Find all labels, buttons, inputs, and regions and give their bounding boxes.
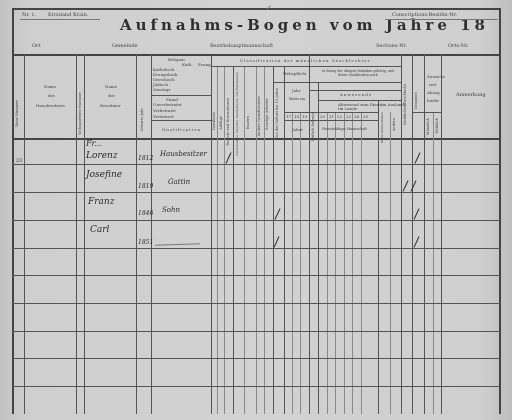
class-sub-8 <box>284 66 285 414</box>
frame-right <box>499 8 501 414</box>
header-house-number: Haus-Nummer <box>15 100 19 127</box>
frame-left <box>12 8 14 414</box>
row-3-female-mark <box>414 208 420 219</box>
header-maennlich: Männlich <box>426 118 430 135</box>
col-line-resident <box>136 54 137 414</box>
row-1-class-mark <box>226 152 232 163</box>
header-weiblich: Weiblich <box>435 118 439 134</box>
row-3-resident-name: Franz <box>88 197 114 207</box>
province-label: Kronland Krain. <box>48 12 88 18</box>
year-col: 24 <box>354 114 359 119</box>
field-orts-nr: Orts-Nr. <box>448 43 469 49</box>
year-sub-4 <box>352 112 353 414</box>
row-divider <box>12 164 500 165</box>
classification-col: Andere Grundbesitzer <box>257 96 261 136</box>
header-fremde: Weibliches Geschlecht <box>403 84 407 125</box>
row-1-house-number: 23 <box>16 158 22 164</box>
row-divider <box>12 358 500 359</box>
classification-col: Geistliche <box>212 112 216 130</box>
summary-line <box>412 112 441 113</box>
classification-title: Classification der männlichen Geschlecht… <box>240 58 370 63</box>
class-sub-2 <box>224 66 225 414</box>
district-underline <box>385 19 498 20</box>
absent-title: In Bezug der übrigen Rubriken gehörig, u… <box>318 69 398 77</box>
header-military: Wehrpflicht <box>283 71 307 76</box>
year-col: 25 <box>363 114 368 119</box>
header-name-1: Name <box>44 84 56 89</box>
anwesende-line <box>309 90 401 91</box>
classification-col: Gewerbsleute, Künstler, Handelsleute und… <box>235 72 239 156</box>
religion-divider <box>151 95 211 96</box>
religion-kath: Kath. <box>182 62 193 67</box>
row-3-birth-year: 1846 <box>138 210 153 217</box>
row-divider <box>12 331 500 332</box>
row-divider <box>12 275 500 276</box>
status-item: Unverheiratet <box>153 102 182 107</box>
header-qualification: Qualification <box>162 127 201 132</box>
summary-title: Zuwachs <box>427 74 445 79</box>
header-apartment-number: Wohnparteien-Nummer <box>78 92 82 135</box>
religion-item: Sonstige <box>153 87 171 92</box>
classification-col: Von der Geburt bis 16 Jahre <box>275 88 279 139</box>
province-underline <box>20 19 100 20</box>
age-sub-2 <box>300 112 301 414</box>
status-item: Verheiratet <box>153 108 176 113</box>
row-4-under16-mark <box>274 236 280 247</box>
status-divider <box>151 120 211 121</box>
classification-title-underline <box>211 66 401 67</box>
class-sub-7 <box>273 66 274 414</box>
col-line-house <box>24 54 25 414</box>
conscription-district-label: Conscriptions-Bezirks-Nr. <box>392 12 457 18</box>
classification-col: Bauern <box>246 116 250 129</box>
header-andere: Andere <box>392 118 396 131</box>
row-2-birth-year: 1819 <box>138 183 153 190</box>
row-3-qualification: Sohn <box>162 206 180 214</box>
status-item: Verwitwet <box>153 114 174 119</box>
col-line-summary <box>441 54 442 414</box>
year-sub-5 <box>361 112 362 414</box>
year-col: 20 <box>320 114 325 119</box>
year-sub-3 <box>344 112 345 414</box>
row-4-resident-name: Carl <box>90 225 109 235</box>
col-line-apt <box>84 54 85 414</box>
header-anwesende: Anwesende <box>340 92 372 97</box>
form-number: Nr. 1. <box>22 12 36 18</box>
age-col: 19 <box>302 114 307 119</box>
header-resident-3: Bewohner <box>100 103 121 108</box>
age-sub-1 <box>292 112 293 414</box>
class-sub-1 <box>217 66 218 414</box>
class-sub-12 <box>390 112 391 414</box>
year-sub-1 <box>327 112 328 414</box>
year-col: 22 <box>337 114 342 119</box>
row-divider <box>12 386 500 387</box>
row-2-resident-name: Josefine <box>86 170 122 180</box>
year-col: 21 <box>329 114 334 119</box>
row-divider <box>12 303 500 304</box>
row-divider <box>12 192 500 193</box>
header-jahr: Jahr <box>292 88 300 93</box>
handwritten-checkmark: ✓ <box>265 4 273 14</box>
col-line-qualification <box>211 54 212 414</box>
row-2-qualification: Gattin <box>168 178 190 186</box>
year-col: 23 <box>346 114 351 119</box>
year-sub-2 <box>335 112 336 414</box>
census-form-sheet: Nr. 1. Kronland Krain. Aufnahms-Bogen vo… <box>0 0 512 420</box>
frame-top <box>12 8 500 10</box>
header-birth-year: Geburts-Jahr <box>140 108 144 131</box>
header-divider <box>12 54 500 56</box>
col-line-year <box>151 54 152 414</box>
classification-col: Adelige <box>219 116 223 130</box>
col-line-head <box>76 54 77 414</box>
row-3-under16-mark <box>275 208 281 219</box>
header-jahre: Jahre <box>292 127 303 132</box>
classification-col: Sonstige Arbeiter <box>265 98 269 130</box>
header-born-in: Born im <box>289 96 305 101</box>
field-bezirkshauptmannschaft: Bezirkshauptmannschaft <box>210 43 273 49</box>
row-4-birth-year: 1851 <box>138 239 153 246</box>
header-im-lande: Im Lande <box>338 106 357 111</box>
field-sections-nr: Sections-Nr. <box>376 43 407 49</box>
military-underline <box>273 82 401 83</box>
header-waffenfaehig: Heiratsfähige Mannschaft <box>322 127 367 131</box>
row-1-qualification: Hausbesitzer <box>160 150 207 158</box>
header-nicht-militaer: Nicht Militär/Waffen <box>380 112 384 143</box>
header-resident-2: der <box>108 93 115 98</box>
col-line-summary-sub <box>433 112 434 414</box>
header-gesamt: Gesammt <box>414 92 418 109</box>
class-sub-9 <box>309 54 310 414</box>
summary-title: hiefür <box>427 98 439 103</box>
abwesend-line <box>318 100 401 101</box>
col-line-female <box>424 54 425 414</box>
summary-title: Abzug <box>427 90 440 95</box>
religion-evang: Evang. <box>198 62 212 67</box>
row-1-birth-year: 1812 <box>138 155 153 162</box>
field-ort: Ort <box>32 43 41 49</box>
row-divider <box>12 248 500 249</box>
row-1-resident-name: Lorenz <box>86 151 118 161</box>
classification-col: Beamte und Honoratioren <box>226 98 230 146</box>
header-invalid: Zeitlich Befreite <box>311 112 315 142</box>
col-line-absent-end <box>401 54 402 414</box>
age-line-2 <box>284 120 378 121</box>
class-sub-4 <box>244 66 245 414</box>
header-name-3: Hausbesitzers <box>36 103 65 108</box>
row-4-dash-line <box>155 243 200 246</box>
summary-title: seit <box>429 82 436 87</box>
age-col: 17 <box>286 114 291 119</box>
row-2-mark-a <box>403 180 409 191</box>
row-4-female-mark <box>414 236 420 247</box>
field-gemeinde: Gemeinde <box>112 43 138 49</box>
class-sub-3 <box>233 66 234 414</box>
header-resident-1: Name <box>105 84 117 89</box>
header-remarks: Anmerkung <box>456 92 486 98</box>
row-1-resident-firstname: Fr... <box>86 139 102 148</box>
row-1-female-mark <box>415 152 421 163</box>
col-line-other <box>412 54 413 414</box>
row-divider <box>12 220 500 221</box>
age-line <box>284 112 378 113</box>
header-name-2: des <box>48 93 55 98</box>
class-sub-11 <box>378 100 379 414</box>
age-col: 18 <box>294 114 299 119</box>
